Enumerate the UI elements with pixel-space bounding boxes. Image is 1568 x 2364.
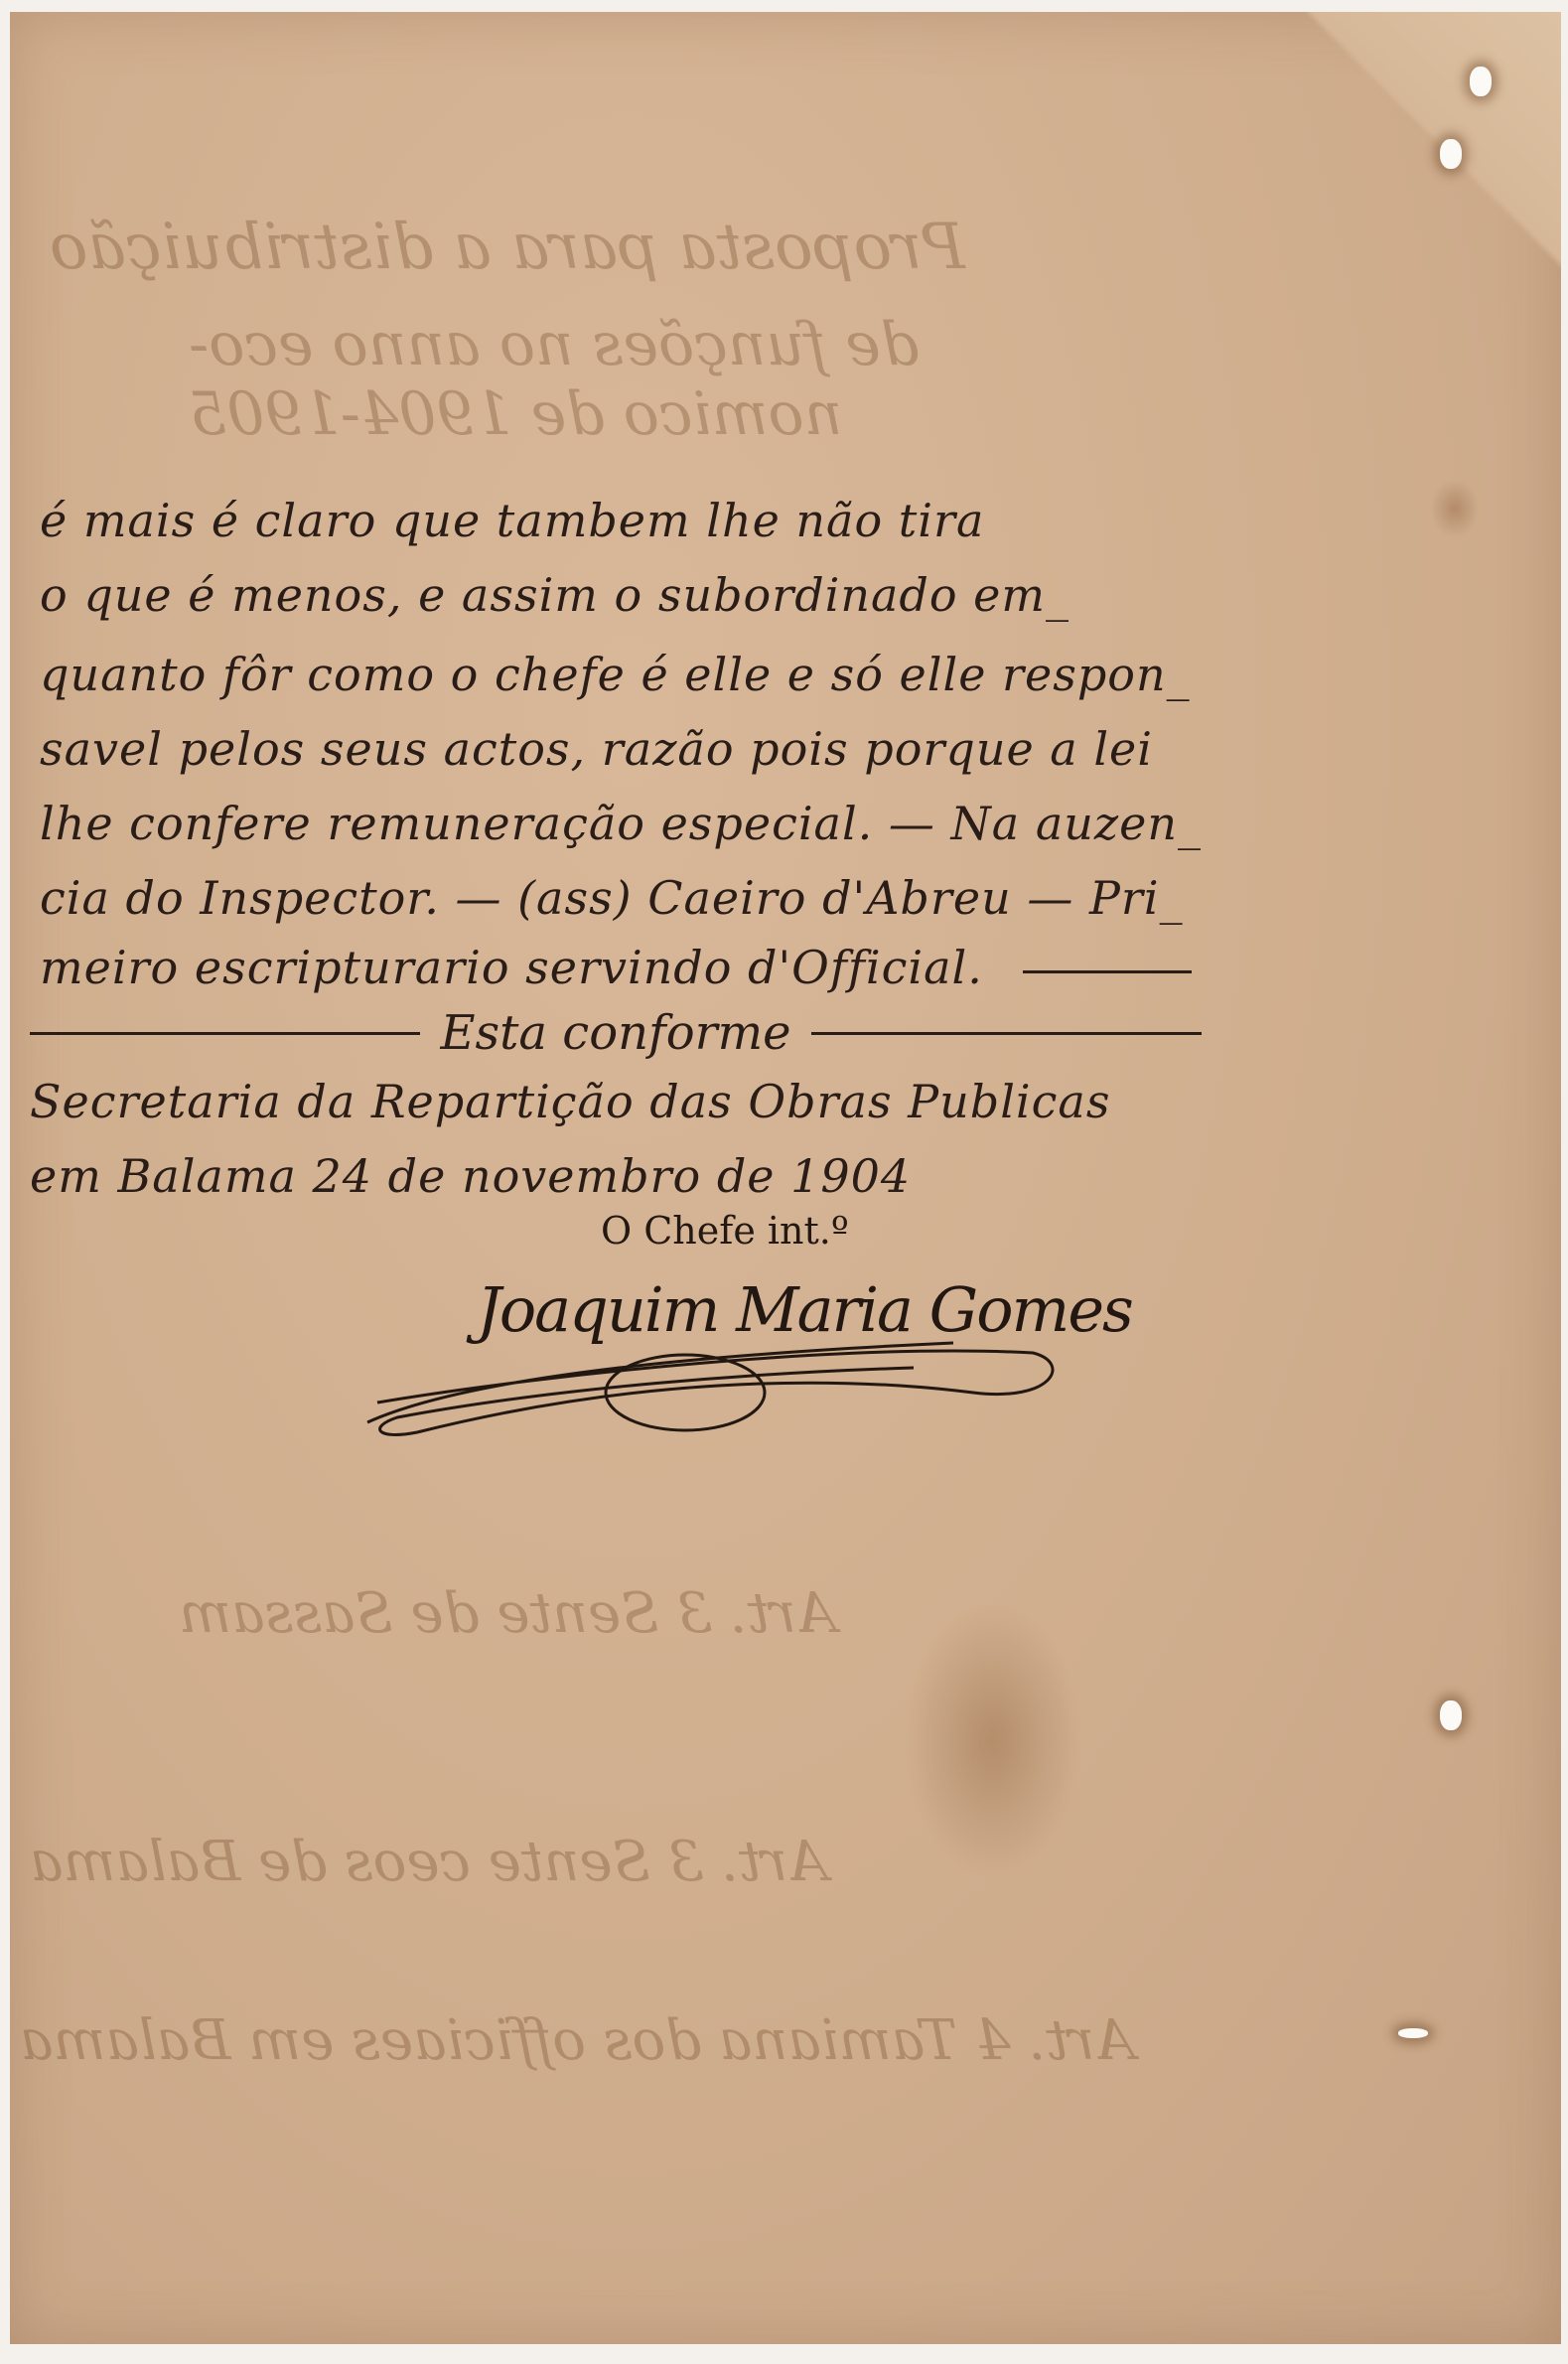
bleed-through-heading-1: Proposta para a distribuição	[50, 211, 965, 284]
bleed-through-heading-2: de funções no anno eco-	[189, 310, 919, 379]
punch-hole	[1470, 67, 1492, 96]
divider	[30, 1032, 420, 1035]
attestation-text: Esta conforme	[440, 1005, 790, 1061]
water-stain	[904, 1601, 1082, 1879]
punch-hole	[1398, 2028, 1428, 2038]
body-line-3: quanto fôr como o chefe é elle e só elle…	[40, 648, 1191, 701]
body-line-2: o que é menos, e assim o subordinado em_	[40, 568, 1069, 622]
body-line-5: lhe confere remuneração especial. — Na a…	[40, 797, 1202, 850]
hole-mark	[1430, 479, 1480, 538]
body-line-7: meiro escripturario servindo d'Official.	[40, 941, 983, 994]
punch-hole	[1440, 1700, 1462, 1730]
place-date-line: em Balama 24 de novembro de 1904	[30, 1149, 911, 1203]
bleed-through-line-1: Art. 3 Sente de Sassam	[179, 1581, 836, 1646]
attestation-line: Esta conforme	[30, 1005, 1202, 1061]
body-line-1: é mais é claro que tambem lhe não tira	[40, 494, 984, 547]
bleed-through-line-2: Art. 3 Sente ceos de Balama	[30, 1830, 828, 1894]
office-line: Secretaria da Repartição das Obras Publi…	[30, 1075, 1110, 1128]
punch-hole	[1440, 139, 1462, 169]
signature-flourish	[357, 1333, 1072, 1442]
bleed-through-line-3: Art. 4 Tamiana dos officiaes em Balama	[20, 2008, 1135, 2073]
folded-corner	[1303, 12, 1561, 270]
manuscript-page: Proposta para a distribuição de funções …	[10, 12, 1561, 2344]
signatory-title: O Chefe int.º	[601, 1209, 849, 1253]
divider	[811, 1032, 1202, 1035]
body-line-6: cia do Inspector. — (ass) Caeiro d'Abreu…	[40, 871, 1184, 925]
closing-rule	[1023, 970, 1192, 973]
body-line-4: savel pelos seus actos, razão pois porqu…	[40, 722, 1153, 776]
bleed-through-heading-3: nomico de 1904-1905	[189, 379, 842, 449]
